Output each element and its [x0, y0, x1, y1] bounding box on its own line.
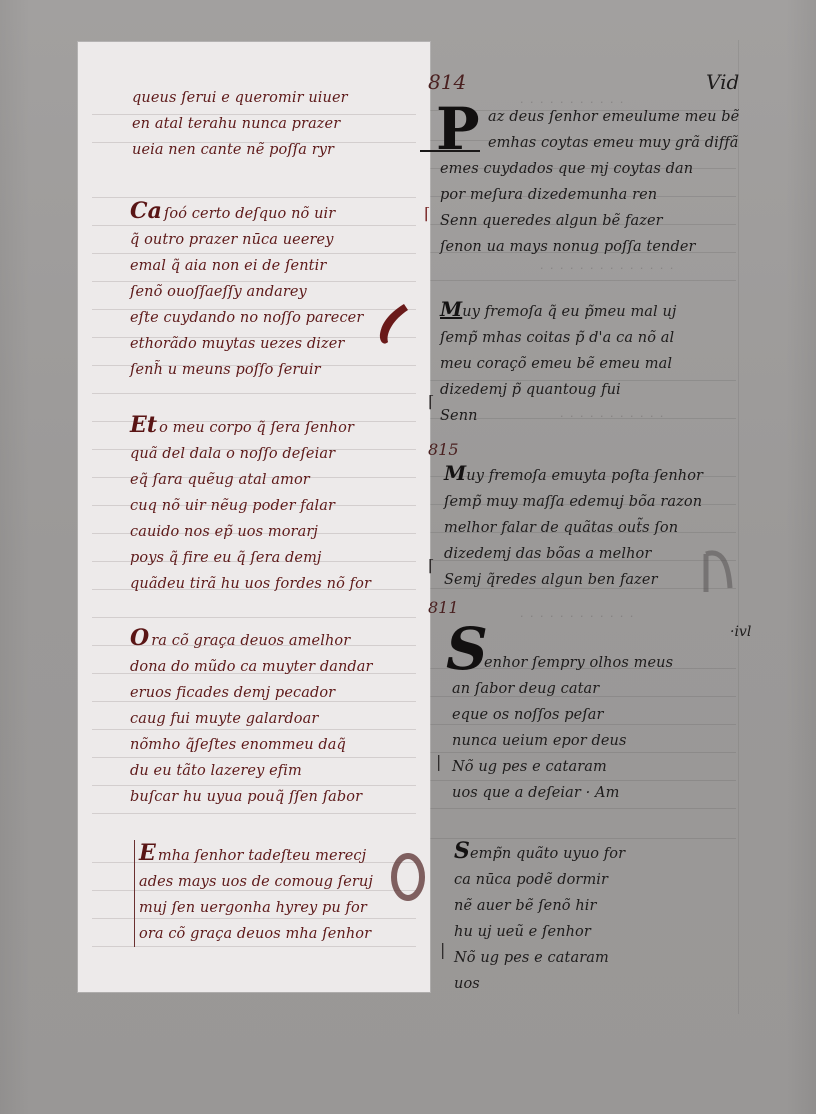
verse-line: dizedemj das bõas a melhor: [444, 541, 703, 567]
verse-text: ſoó certo deſquo nõ uir: [164, 206, 335, 222]
decorated-initial-s: S: [446, 620, 488, 678]
stanza-r5: Semp̃n quãto uyuo for ca nūca podẽ dormi…: [454, 838, 625, 997]
stanza-r1-cont: emes cuydados que mj coytas dan por meſu…: [440, 156, 696, 260]
ruling-line: [92, 617, 416, 618]
verse-line: Eto meu corpo q̃ ſera ſenhor: [130, 412, 371, 441]
verse-line: eque os noſſos peſar: [452, 702, 627, 728]
paragraph-mark: |: [440, 940, 445, 959]
margin-line: [738, 40, 739, 1014]
decorated-initial: E: [139, 840, 156, 866]
decorated-initial: O: [130, 625, 149, 651]
verse-line: az deus ſenhor emeulume meu bẽ: [488, 104, 739, 130]
stanza-5: Emha ſenhor tadeſteu merecj ades mays uo…: [134, 840, 373, 947]
verse-line: emes cuydados que mj coytas dan: [440, 156, 696, 182]
verse-line: en atal terahu nunca prazer: [132, 111, 348, 137]
verse-line: nunca ueium epor deus: [452, 728, 627, 754]
verse-line: Semj q̃redes algun ben fazer: [444, 567, 703, 593]
verse-line: cauido nos ep̃ uos morarj: [130, 519, 371, 545]
verse-line: an ſabor deug catar: [452, 676, 627, 702]
verse-line: uos: [454, 971, 625, 997]
stanza-r1: az deus ſenhor emeulume meu bẽ emhas coy…: [488, 104, 739, 156]
verse-line: Semp̃n quãto uyuo for: [454, 838, 625, 867]
verse-line: q̃ outro prazer nūca ueerey: [130, 227, 363, 253]
verse-line: Nõ ug pes e cataram: [454, 945, 625, 971]
verse-line: enhor ſempry olhos meus: [484, 650, 673, 676]
verse-line: buſcar hu uyua pouq̃ ſſen ſabor: [130, 784, 373, 810]
stanza-r4-cont: an ſabor deug catar eque os noſſos peſar…: [452, 676, 627, 806]
verse-line: hu uj ueũ e ſenhor: [454, 919, 625, 945]
verse-line: eq̃ ſara quẽug atal amor: [130, 467, 371, 493]
decorated-initial: M: [440, 296, 462, 322]
verse-line: ſenon ua mays nonug poſſa tender: [440, 234, 696, 260]
verse-line: meu coraçõ emeu bẽ emeu mal: [440, 351, 677, 377]
stanza-1: queus ſerui e queromir uiuer en atal ter…: [132, 85, 348, 163]
verse-line: nõmho q̃ſeſtes enommeu daq̃: [130, 732, 373, 758]
verse-line: Caſoó certo deſquo nõ uir: [130, 198, 363, 227]
red-flourish-icon: [374, 300, 414, 350]
stanza-3: Eto meu corpo q̃ ſera ſenhor quã del dal…: [130, 412, 371, 597]
verse-line: Muy fremoſa emuyta poſta ſenhor: [444, 460, 703, 489]
paragraph-mark: |: [436, 752, 441, 771]
verse-line: melhor falar de quãtas out̃s ſon: [444, 515, 703, 541]
ruling-line: [92, 393, 416, 394]
verse-text: uy fremoſa emuyta poſta ſenhor: [466, 468, 703, 484]
verse-line: caug fui muyte galardoar: [130, 706, 373, 732]
verse-line: Nõ ug pes e cataram: [452, 754, 627, 780]
verse-line: dona do mũdo ca muyter dandar: [130, 654, 373, 680]
verse-line: ca nūca podẽ dormir: [454, 867, 625, 893]
verse-line: quã del dala o noſſo deſeiar: [130, 441, 371, 467]
stanza-r3: Muy fremoſa emuyta poſta ſenhor ſemp̃ mu…: [444, 460, 703, 593]
verse-text: mha ſenhor tadeſteu merecj: [158, 848, 366, 864]
verse-line: ſemp̃ mhas coitas p̃ d'a ca nõ al: [440, 325, 677, 351]
verse-line: ſenõ ouoſſaeſſy andarey: [130, 279, 363, 305]
verse-line: ora cõ graça deuos mha ſenhor: [139, 921, 373, 947]
side-note: ·ivl: [730, 624, 751, 640]
stanza-r4: enhor ſempry olhos meus: [484, 650, 673, 676]
stanza-r2: Muy fremoſa q̃ eu p̃meu mal uj ſemp̃ mha…: [440, 296, 677, 429]
folio-number: 814: [428, 70, 466, 94]
verse-line: ethorãdo muytas uezes dizer: [130, 331, 363, 357]
paragraph-mark: ⌈: [428, 392, 434, 411]
verse-line: nẽ auer bẽ ſenõ hir: [454, 893, 625, 919]
verse-line: Senn: [440, 403, 677, 429]
decorated-initial: Ca: [130, 198, 162, 224]
verse-line: uos que a deſeiar · Am: [452, 780, 627, 806]
verse-line: ſenh̃ u meuns poſſo ſeruir: [130, 357, 363, 383]
verse-line: queus ſerui e queromir uiuer: [132, 85, 348, 111]
verse-text: o meu corpo q̃ ſera ſenhor: [159, 420, 354, 436]
decorated-initial: Et: [130, 412, 157, 438]
bleed-through-text: · · · · · · · · · · · ·: [520, 610, 635, 623]
decorated-initial: M: [444, 460, 466, 486]
verse-line: Ora cõ graça deuos amelhor: [130, 625, 373, 654]
top-right-note: Vid: [706, 70, 739, 94]
verse-line: ueia nen cante nẽ poſſa ryr: [132, 137, 348, 163]
ruling-line: [430, 808, 736, 809]
verse-line: emal q̃ aia non ei de ſentir: [130, 253, 363, 279]
verse-line: quãdeu tirã hu uos fordes nõ for: [130, 571, 371, 597]
verse-line: Emha ſenhor tadeſteu merecj: [139, 840, 373, 869]
stanza-4: Ora cõ graça deuos amelhor dona do mũdo …: [130, 625, 373, 810]
ruling-line: [92, 813, 416, 814]
verse-text: emp̃n quãto uyuo for: [470, 846, 625, 862]
stanza-2: Caſoó certo deſquo nõ uir q̃ outro praze…: [130, 198, 363, 383]
verse-line: emhas coytas emeu muy grã diffã: [488, 130, 739, 156]
verse-line: du eu tãto lazerey efim: [130, 758, 373, 784]
verse-line: cuq nõ uir nẽug poder falar: [130, 493, 371, 519]
poem-number: 815: [428, 440, 459, 459]
verse-line: muj ſen uergonha hyrey pu for: [139, 895, 373, 921]
paragraph-mark: ⌈: [428, 556, 434, 575]
verse-line: ſemp̃ muy maſſa edemuj bõa razon: [444, 489, 703, 515]
verse-line: ades mays uos de comoug ſeruj: [139, 869, 373, 895]
verse-line: por meſura dizedemunha ren: [440, 182, 696, 208]
bleed-initial-o-icon: [390, 852, 426, 902]
paragraph-mark: ⌈: [424, 204, 430, 223]
verse-line: poys q̃ fire eu q̃ ſera demj: [130, 545, 371, 571]
verse-line: eruos ficades demj pecador: [130, 680, 373, 706]
verse-line: Senn queredes algun bẽ fazer: [440, 208, 696, 234]
ruling-line: [430, 280, 736, 281]
verse-line: dizedemj p̃ quantoug fui: [440, 377, 677, 403]
verse-line: eſte cuydando no noſſo parecer: [130, 305, 363, 331]
initial-tail: [420, 150, 480, 152]
verse-text: uy fremoſa q̃ eu p̃meu mal uj: [462, 304, 676, 320]
decorated-initial: S: [454, 838, 470, 864]
bleed-initial-n-icon: [700, 548, 736, 594]
verse-text: ra cõ graça deuos amelhor: [151, 633, 350, 649]
bleed-through-text: · · · · · · · · · · · · · ·: [540, 262, 675, 275]
verse-line: Muy fremoſa q̃ eu p̃meu mal uj: [440, 296, 677, 325]
